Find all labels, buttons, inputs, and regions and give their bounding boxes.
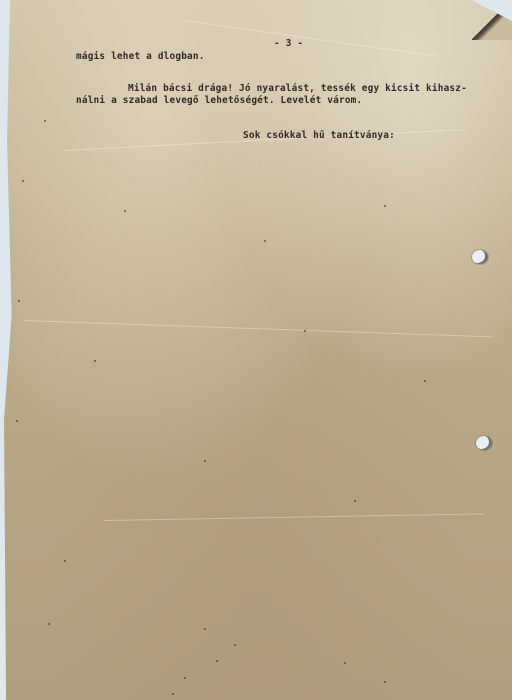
punch-hole [472,250,488,264]
text-line-1: mágis lehet a dlogban. [76,51,205,63]
closing-line: Sok csókkal hű tanítványa: [243,130,395,142]
paper-crease [24,320,494,337]
punch-hole [476,436,492,450]
text-line-3: nálni a szabad levegő lehetőségét. Level… [76,95,362,107]
page-number: - 3 - [274,38,303,50]
paper-crease [104,513,484,521]
letter-page: - 3 - mágis lehet a dlogban. Milán bácsi… [4,0,512,700]
paper-crease [184,20,442,57]
folded-corner [472,0,512,40]
text-line-2: Milán bácsi drága! Jó nyaralást, tessék … [128,83,467,95]
